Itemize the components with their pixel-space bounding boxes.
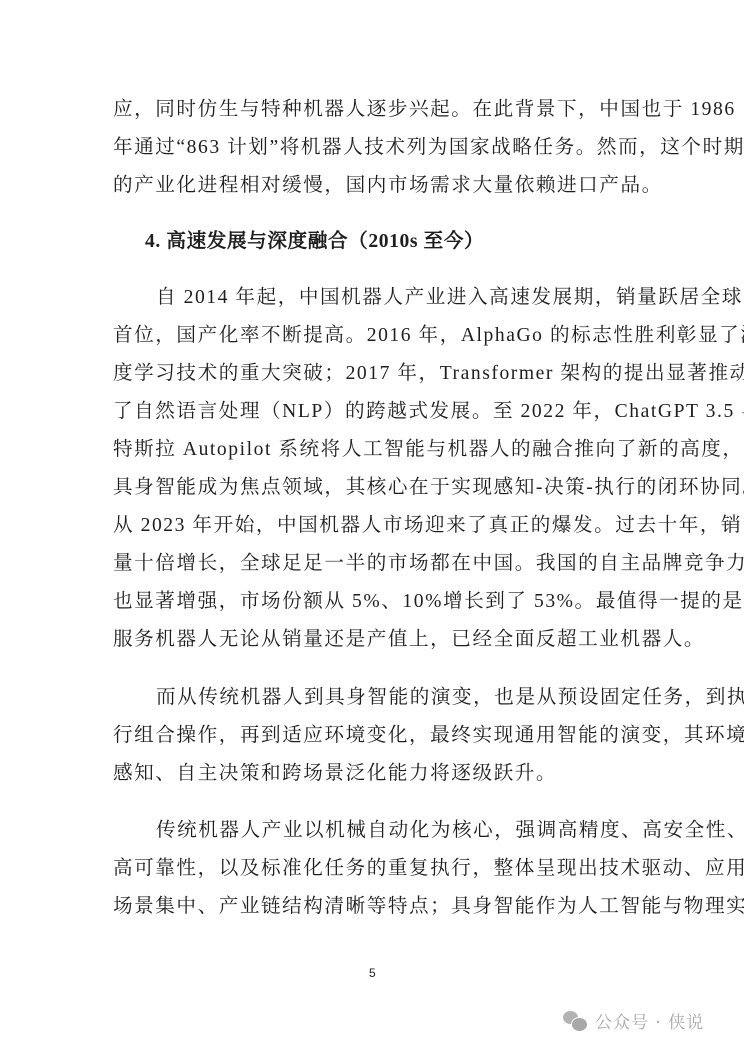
text-line: 而从传统机器人到具身智能的演变，也是从预设固定任务，到执: [113, 679, 635, 717]
text-line: 传统机器人产业以机械自动化为核心，强调高精度、高安全性、: [113, 812, 635, 850]
watermark-text: 公众号 · 侠说: [595, 1008, 704, 1033]
text-line: 也显著增强，市场份额从 5%、10%增长到了 53%。最值得一提的是，: [113, 583, 635, 621]
text-line: 服务机器人无论从销量还是产值上，已经全面反超工业机器人。: [113, 621, 635, 659]
text-line: 行组合操作，再到适应环境变化，最终实现通用智能的演变，其环境: [113, 717, 635, 755]
page-number: 5: [369, 966, 376, 980]
paragraph-traditional-robots: 传统机器人产业以机械自动化为核心，强调高精度、高安全性、 高可靠性，以及标准化任…: [113, 812, 635, 926]
text-line: 应，同时仿生与特种机器人逐步兴起。在此背景下，中国也于 1986: [113, 91, 635, 129]
text-line: 量十倍增长，全球足足一半的市场都在中国。我国的自主品牌竞争力: [113, 545, 635, 583]
text-line: 度学习技术的重大突破；2017 年，Transformer 架构的提出显著推动: [113, 355, 635, 393]
text-line: 的产业化进程相对缓慢，国内市场需求大量依赖进口产品。: [113, 167, 635, 205]
text-line: 年通过“863 计划”将机器人技术列为国家战略任务。然而，这个时期: [113, 129, 635, 167]
text-line: 首位，国产化率不断提高。2016 年，AlphaGo 的标志性胜利彰显了深: [113, 317, 635, 355]
text-line: 从 2023 年开始，中国机器人市场迎来了真正的爆发。过去十年，销: [113, 507, 635, 545]
text-line: 了自然语言处理（NLP）的跨越式发展。至 2022 年，ChatGPT 3.5 …: [113, 393, 635, 431]
paragraph-rapid-development: 自 2014 年起，中国机器人产业进入高速发展期，销量跃居全球 首位，国产化率不…: [113, 279, 635, 659]
text-line: 场景集中、产业链结构清晰等特点；具身智能作为人工智能与物理实: [113, 888, 635, 926]
text-line: 特斯拉 Autopilot 系统将人工智能与机器人的融合推向了新的高度，: [113, 431, 635, 469]
document-page: 应，同时仿生与特种机器人逐步兴起。在此背景下，中国也于 1986 年通过“863…: [0, 0, 744, 1052]
section-heading: 4. 高速发展与深度融合（2010s 至今）: [145, 223, 484, 261]
paragraph-continued: 应，同时仿生与特种机器人逐步兴起。在此背景下，中国也于 1986 年通过“863…: [113, 91, 635, 205]
paragraph-evolution: 而从传统机器人到具身智能的演变，也是从预设固定任务，到执 行组合操作，再到适应环…: [113, 679, 635, 793]
text-line: 感知、自主决策和跨场景泛化能力将逐级跃升。: [113, 755, 635, 793]
text-line: 具身智能成为焦点领域，其核心在于实现感知-决策-执行的闭环协同。: [113, 469, 635, 507]
text-line: 高可靠性，以及标准化任务的重复执行，整体呈现出技术驱动、应用: [113, 850, 635, 888]
watermark: 公众号 · 侠说: [563, 1008, 704, 1033]
wechat-icon: [563, 1011, 587, 1031]
text-line: 自 2014 年起，中国机器人产业进入高速发展期，销量跃居全球: [113, 279, 635, 317]
